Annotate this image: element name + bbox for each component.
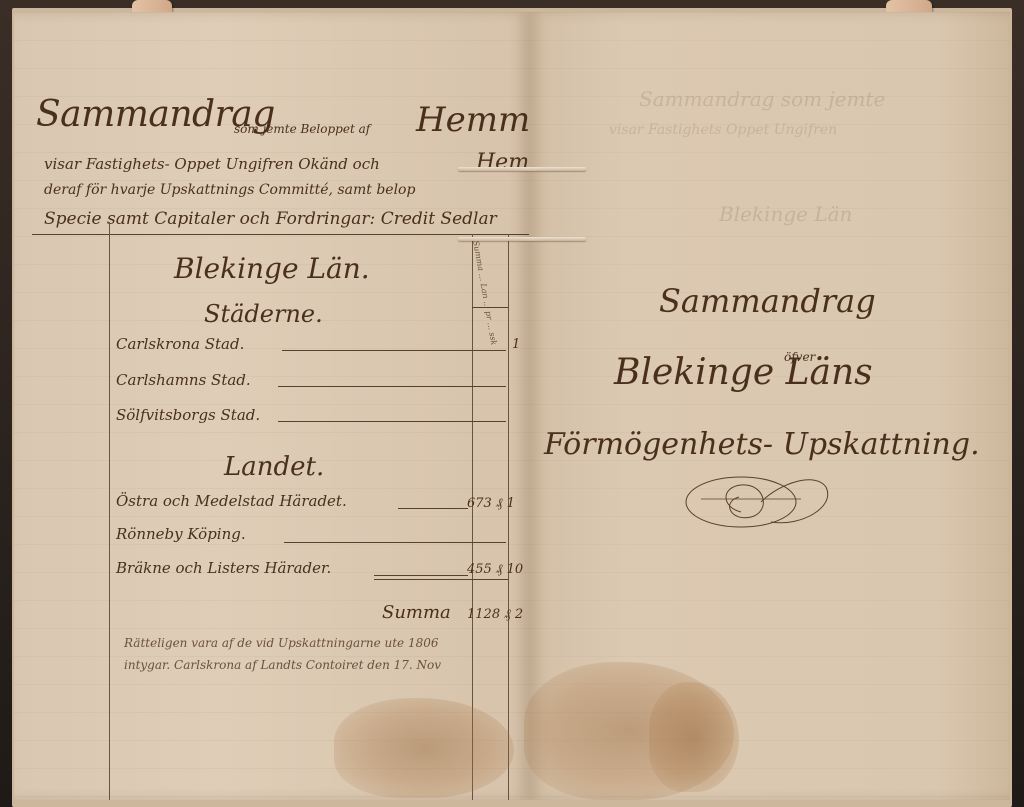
right-title-blekinge: Blekinge Läns [614, 352, 873, 393]
summa-value: 1128 ₰ 2 [467, 606, 523, 622]
row-value-carlskrona: 1 [512, 337, 520, 352]
row-label-brakne-listers: Bräkne och Listers Härader. [116, 559, 331, 577]
header-line1-rest: som jemte Beloppet af [234, 122, 370, 136]
water-stain [334, 698, 514, 798]
bleed-through-text: Blekinge Län [719, 202, 852, 226]
header-line2-cut: Hem [476, 150, 529, 175]
header-line3: deraf för hvarje Upskattnings Committé, … [44, 182, 415, 198]
bleed-through-text: Sammandrag som jemte [639, 87, 885, 111]
row-leader [278, 421, 506, 422]
summa-label: Summa [382, 602, 451, 623]
row-value-brakne-listers: 455 ₰ 10 [467, 561, 523, 577]
header-line4: Specie samt Capitaler och Fordringar: Cr… [44, 209, 497, 229]
right-title-sammandrag: Sammandrag [659, 282, 876, 320]
towns-heading: Städerne. [204, 300, 323, 328]
water-stain [649, 682, 739, 792]
note-line1: Rätteligen vara af de vid Upskattningarn… [124, 636, 439, 650]
row-leader [282, 350, 506, 351]
row-leader [374, 575, 468, 576]
row-value-ostra-medelstad: 673 ₰ 1 [467, 495, 515, 511]
row-label-carlshamn: Carlshamns Stad. [116, 371, 251, 389]
row-label-solvitsborg: Sölfvitsborgs Stad. [116, 406, 260, 424]
row-label-ostra-medelstad: Östra och Medelstad Häradet. [116, 492, 347, 510]
left-margin-rule [109, 222, 110, 800]
flourish-ornament [681, 467, 841, 542]
right-title-formogenhets: Förmögenhets- Upskattning. [544, 427, 980, 462]
row-label-ronneby: Rönneby Köping. [116, 525, 246, 543]
value-column-rule-2 [508, 234, 509, 800]
row-leader [398, 508, 468, 509]
right-page: Sammandrag som jemte visar Fastighets Op… [529, 12, 1010, 800]
column-header-note: Summa ... Lan ... pr ... ssk [471, 240, 490, 301]
county-heading: Blekinge Län. [174, 252, 370, 285]
sum-underline [374, 579, 508, 580]
document-spread: Sammandrag som jemte Beloppet af Hemm vi… [14, 12, 1010, 800]
country-heading: Landet. [224, 452, 324, 482]
header-line2: visar Fastighets- Oppet Ungifren Okänd o… [44, 155, 380, 173]
left-page: Sammandrag som jemte Beloppet af Hemm vi… [14, 12, 529, 800]
row-label-carlskrona: Carlskrona Stad. [116, 335, 244, 353]
binding-stitch-lower [458, 237, 586, 241]
header-line1-cut: Hemm [416, 100, 530, 140]
note-line2: intygar. Carlskrona af Landts Contoiret … [124, 658, 441, 672]
row-leader [284, 542, 506, 543]
row-leader [278, 386, 506, 387]
header-bottom-rule [32, 234, 529, 235]
bleed-through-text: visar Fastighets Oppet Ungifren [609, 122, 837, 138]
binding-stitch-upper [458, 167, 586, 171]
